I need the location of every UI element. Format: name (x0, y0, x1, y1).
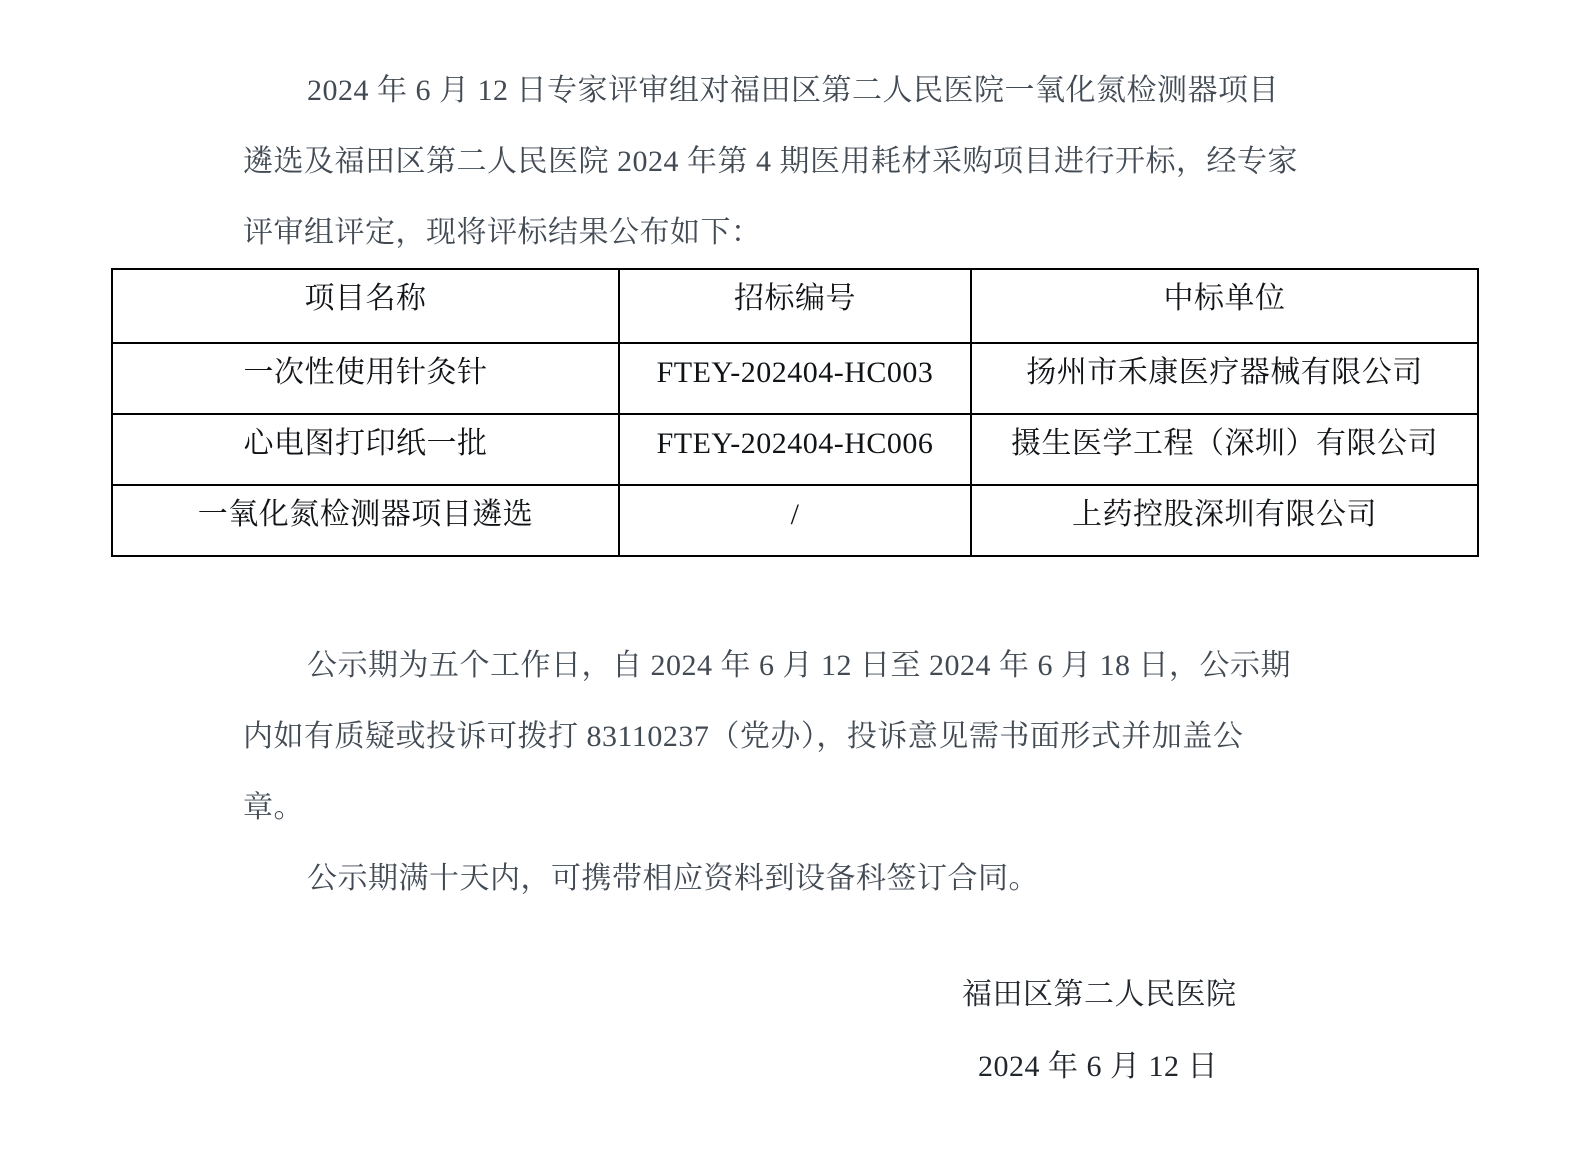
table-row: 一次性使用针灸针 FTEY-202404-HC003 扬州市禾康医疗器械有限公司 (112, 343, 1478, 414)
bid-number-cell: FTEY-202404-HC003 (619, 343, 971, 414)
project-name-cell: 一次性使用针灸针 (112, 343, 619, 414)
header-winning-unit: 中标单位 (971, 269, 1478, 343)
project-name-cell: 一氧化氮检测器项目遴选 (112, 485, 619, 556)
intro-line-1: 2024 年 6 月 12 日专家评审组对福田区第二人民医院一氧化氮检测器项目 (307, 55, 1298, 126)
header-project-name: 项目名称 (112, 269, 619, 343)
intro-line-3: 评审组评定，现将评标结果公布如下： (243, 197, 1298, 268)
project-name-cell: 心电图打印纸一批 (112, 414, 619, 485)
notice-line-2: 内如有质疑或投诉可拨打 83110237（党办），投诉意见需书面形式并加盖公 (243, 701, 1291, 772)
intro-paragraph: 2024 年 6 月 12 日专家评审组对福田区第二人民医院一氧化氮检测器项目 … (243, 55, 1298, 268)
notice-line-3: 章。 (243, 772, 1291, 843)
winning-unit-cell: 扬州市禾康医疗器械有限公司 (971, 343, 1478, 414)
table-row: 一氧化氮检测器项目遴选 / 上药控股深圳有限公司 (112, 485, 1478, 556)
notice-line-1: 公示期为五个工作日，自 2024 年 6 月 12 日至 2024 年 6 月 … (307, 630, 1291, 701)
table-row: 心电图打印纸一批 FTEY-202404-HC006 摄生医学工程（深圳）有限公… (112, 414, 1478, 485)
intro-line-2: 遴选及福田区第二人民医院 2024 年第 4 期医用耗材采购项目进行开标，经专家 (243, 126, 1298, 197)
signature-organization: 福田区第二人民医院 (962, 978, 1237, 1012)
signature-date: 2024 年 6 月 12 日 (978, 1050, 1218, 1084)
public-notice-paragraph: 公示期为五个工作日，自 2024 年 6 月 12 日至 2024 年 6 月 … (243, 630, 1291, 843)
table-header-row: 项目名称 招标编号 中标单位 (112, 269, 1478, 343)
bid-number-cell: / (619, 485, 971, 556)
bid-number-cell: FTEY-202404-HC006 (619, 414, 971, 485)
winning-unit-cell: 摄生医学工程（深圳）有限公司 (971, 414, 1478, 485)
header-bid-number: 招标编号 (619, 269, 971, 343)
winning-unit-cell: 上药控股深圳有限公司 (971, 485, 1478, 556)
contract-line-1: 公示期满十天内，可携带相应资料到设备科签订合同。 (307, 843, 1039, 914)
bid-results-table: 项目名称 招标编号 中标单位 一次性使用针灸针 FTEY-202404-HC00… (111, 268, 1479, 557)
contract-paragraph: 公示期满十天内，可携带相应资料到设备科签订合同。 (243, 843, 1039, 914)
